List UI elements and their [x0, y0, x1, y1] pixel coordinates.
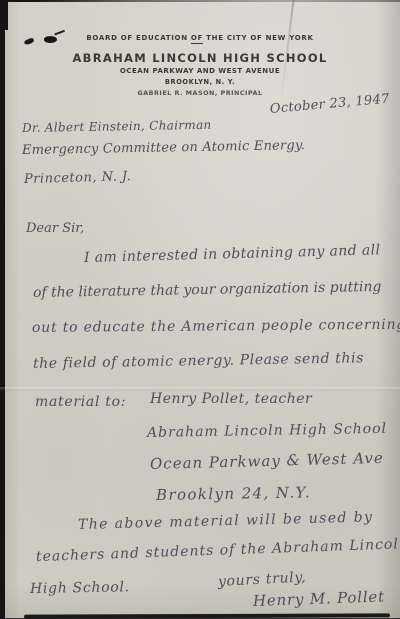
recipient-org-line: Emergency Committee on Atomic Energy.	[22, 138, 305, 158]
body-line: High School.	[30, 579, 130, 597]
board-text-pre: BOARD OF EDUCATION	[86, 34, 191, 42]
scan-border-top	[0, 0, 400, 2]
body-line: the field of atomic energy. Please send …	[33, 350, 364, 372]
body-line: teachers and students of the Abraham Lin…	[36, 536, 400, 565]
school-name: ABRAHAM LINCOLN HIGH SCHOOL	[0, 51, 400, 65]
mailing-address-line: Abraham Lincoln High School	[147, 421, 387, 441]
recipient-name-line: Dr. Albert Einstein, Chairman	[22, 118, 212, 135]
board-text-underlined: OF	[191, 34, 203, 44]
closing: yours truly,	[218, 569, 307, 590]
material-to-label: material to:	[35, 394, 126, 410]
board-text-post: THE CITY OF NEW YORK	[203, 34, 314, 42]
letter-scan: BOARD OF EDUCATION OF THE CITY OF NEW YO…	[0, 0, 400, 619]
body-line: of the literature that your organization…	[33, 279, 382, 301]
body-line: out to educate the American people conce…	[32, 317, 400, 336]
recipient-city-line: Princeton, N. J.	[24, 169, 132, 187]
school-city: BROOKLYN, N. Y.	[0, 78, 400, 86]
mailing-address-line: Ocean Parkway & West Ave	[150, 449, 384, 473]
material-to-name: Henry Pollet, teacher	[150, 391, 312, 407]
signature: Henry M. Pollet	[253, 587, 386, 610]
body-line: I am interested in obtaining any and all	[84, 242, 381, 266]
mailing-address-line: Brooklyn 24, N.Y.	[156, 483, 311, 504]
board-of-education-line: BOARD OF EDUCATION OF THE CITY OF NEW YO…	[0, 34, 400, 42]
body-line: The above material will be used by	[78, 509, 374, 533]
school-address: OCEAN PARKWAY AND WEST AVENUE	[0, 67, 400, 75]
salutation: Dear Sir,	[26, 221, 84, 236]
